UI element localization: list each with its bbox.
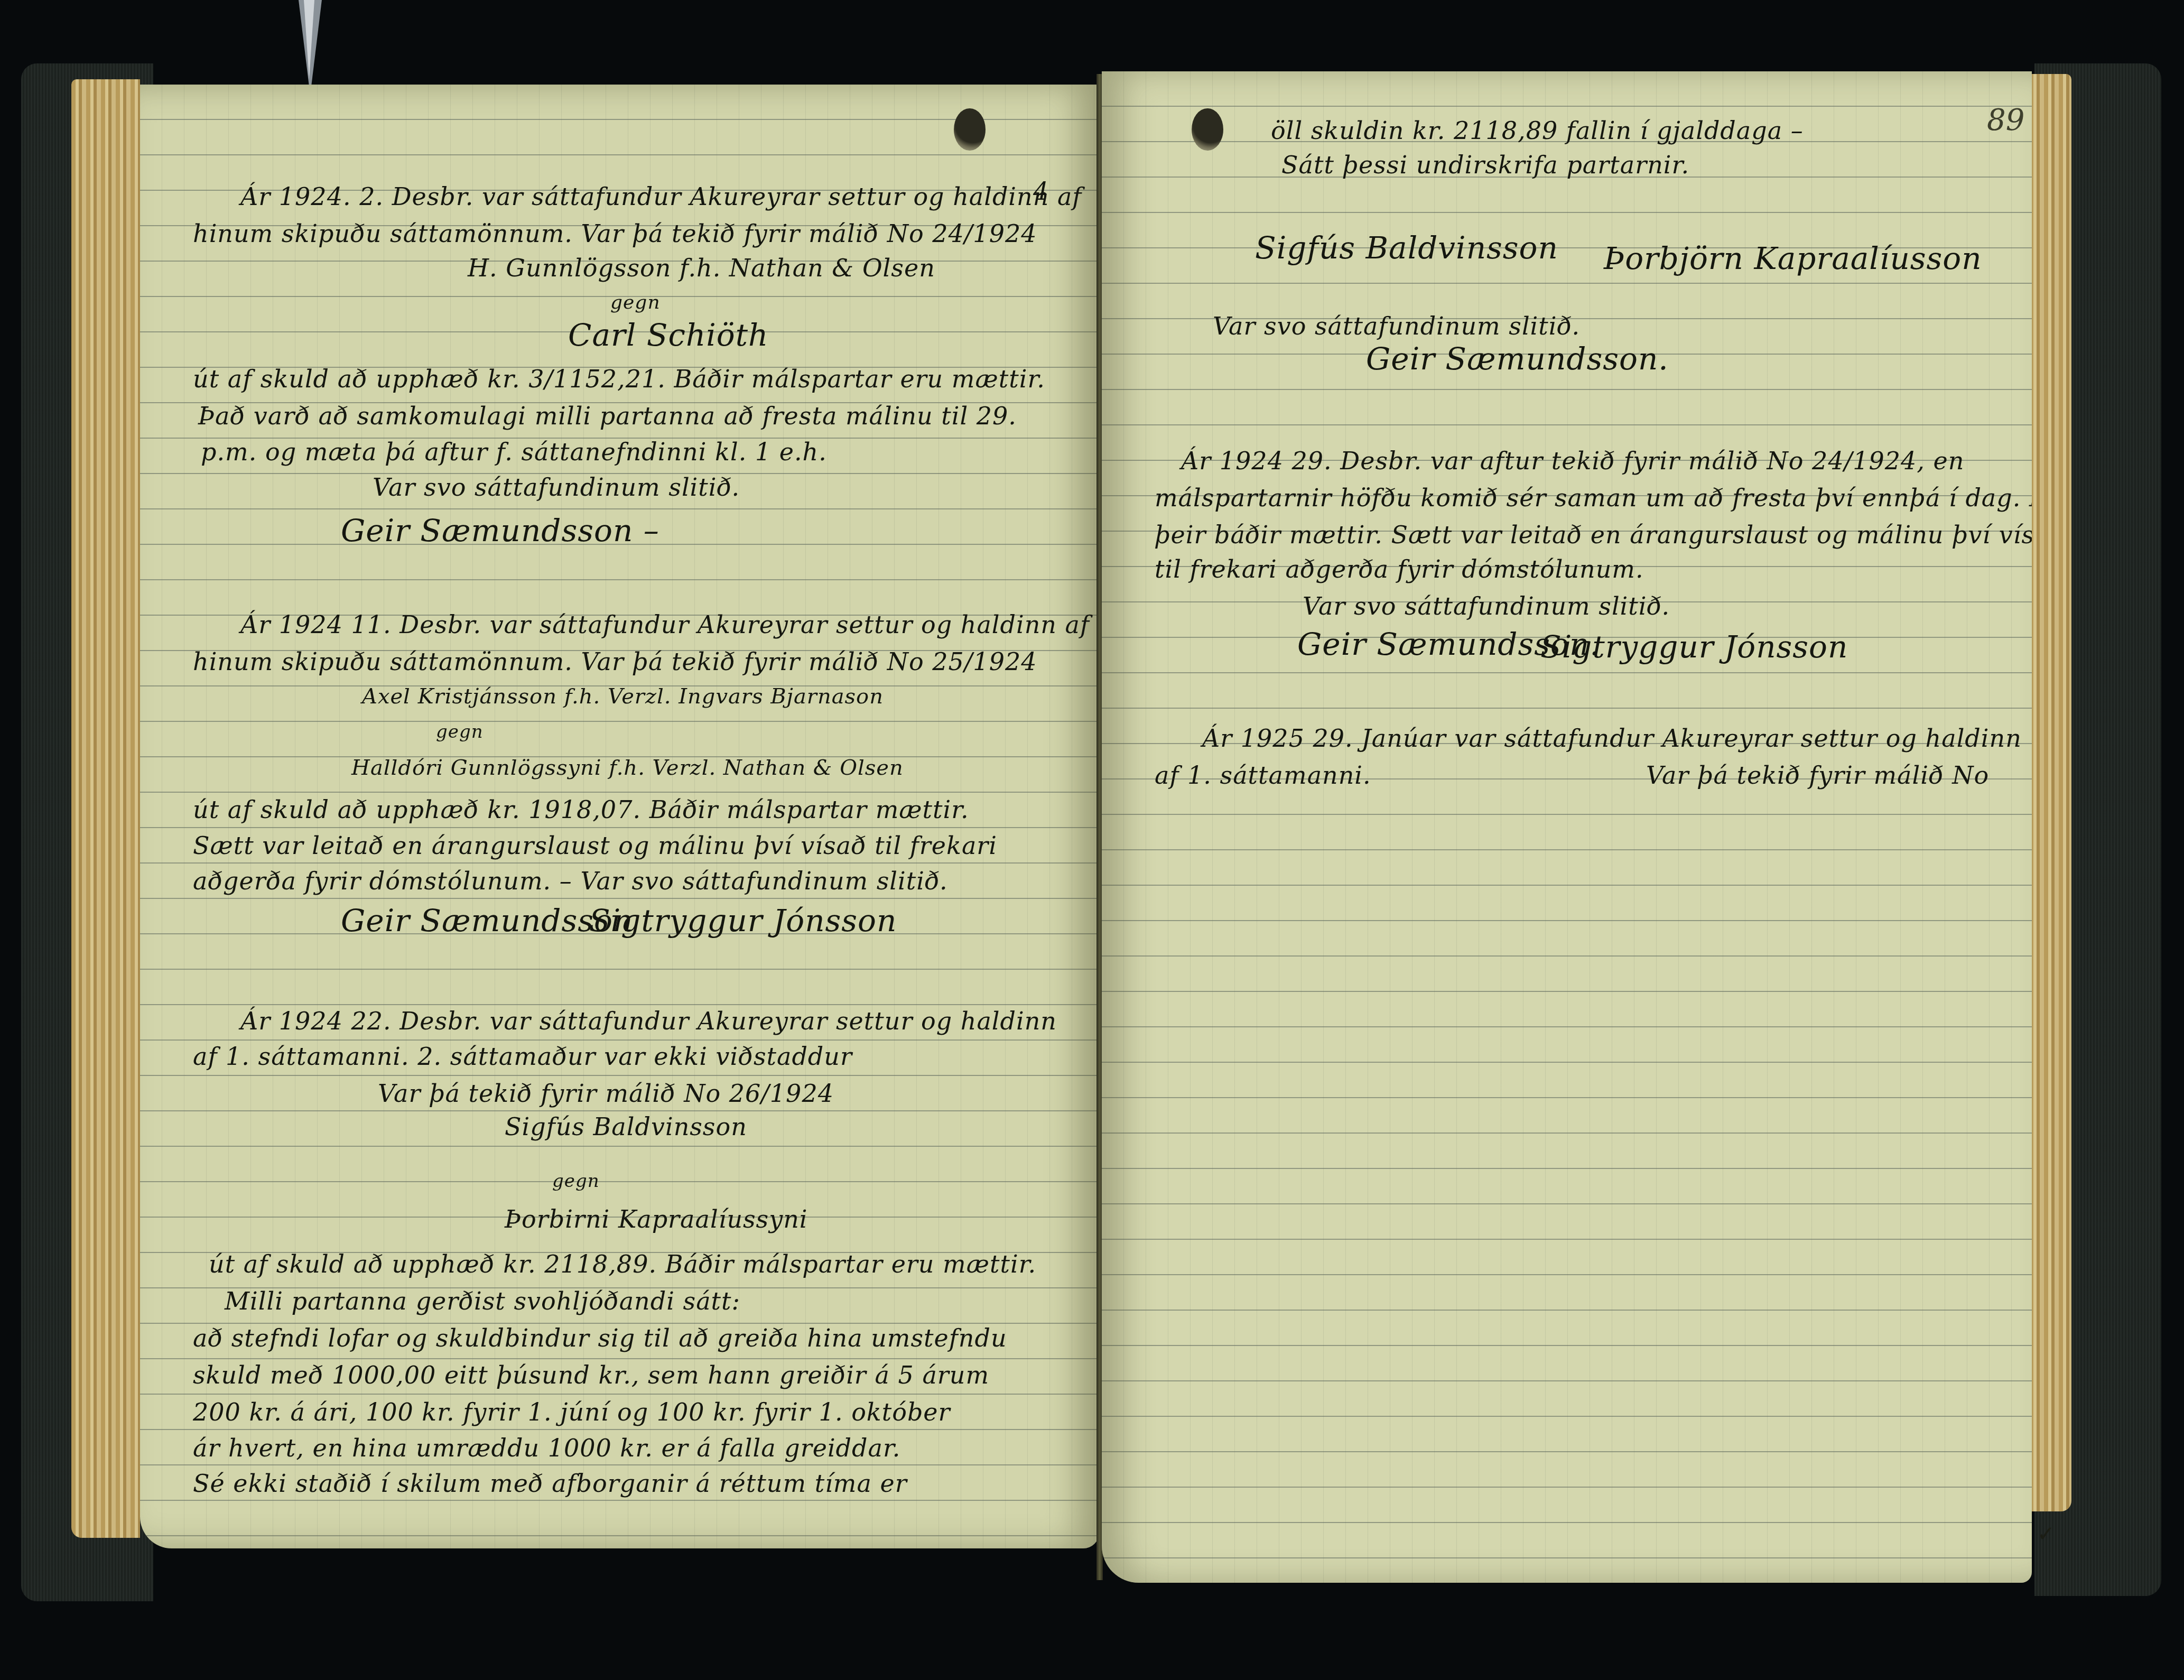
right-page: öll skuldin kr. 2118,89 fallin í gjaldda… xyxy=(1102,71,2032,1583)
entry-line: þeir báðir mættir. Sætt var leitað en ár… xyxy=(1155,521,2032,549)
entry-line: Ár 1924. 2. Desbr. var sáttafundur Akure… xyxy=(240,182,1082,211)
entry-line: Ár 1925 29. Janúar var sáttafundur Akure… xyxy=(1202,724,2022,753)
signature: Sigfús Baldvinsson xyxy=(1255,230,1558,266)
entry-line: hinum skipuðu sáttamönnum. Var þá tekið … xyxy=(193,219,1037,248)
entry-line: skuld með 1000,00 eitt þúsund kr., sem h… xyxy=(193,1361,989,1389)
entry-line: Ár 1924 22. Desbr. var sáttafundur Akure… xyxy=(240,1007,1057,1035)
page-holder-pointer-highlight xyxy=(304,0,314,79)
entry-line: Sátt þessi undirskrifa partarnir. xyxy=(1281,151,1689,179)
gegn-label: gegn xyxy=(552,1171,600,1192)
entry-line: p.m. og mæta þá aftur f. sáttanefndinni … xyxy=(201,438,827,466)
gegn-label: gegn xyxy=(610,292,661,313)
party-name: H. Gunnlögsson f.h. Nathan & Olsen xyxy=(468,254,935,282)
entry-line: Sé ekki staðið í skilum með afborganir á… xyxy=(193,1469,907,1498)
closing-line: Var svo sáttafundinum slitið. xyxy=(1303,592,1670,620)
signature: Geir Sæmundsson. xyxy=(1366,341,1669,377)
entry-line: til frekari aðgerða fyrir dómstólunum. xyxy=(1155,555,1644,583)
signature: Sigtryggur Jónsson xyxy=(589,903,897,939)
entry-line: Var þá tekið fyrir málið No xyxy=(1646,761,1989,790)
entry-line: 200 kr. á ári, 100 kr. fyrir 1. júní og … xyxy=(193,1398,951,1426)
entry-line: út af skuld að upphæð kr. 1918,07. Báðir… xyxy=(193,795,969,824)
party-name: Halldóri Gunnlögssyni f.h. Verzl. Nathan… xyxy=(351,756,904,780)
page-edges-left xyxy=(71,79,140,1538)
entry-line: hinum skipuðu sáttamönnum. Var þá tekið … xyxy=(193,647,1037,676)
entry-line: af 1. sáttamanni. 2. sáttamaður var ekki… xyxy=(193,1042,852,1071)
party-name: Þorbirni Kapraalíussyni xyxy=(505,1205,808,1233)
entry-line: Sætt var leitað en árangurslaust og máli… xyxy=(193,831,997,860)
closing-line: Var svo sáttafundinum slitið. xyxy=(1213,312,1580,340)
checkmark-icon: ✓ xyxy=(2037,1522,2055,1546)
signature: Sigtryggur Jónsson xyxy=(1540,629,1848,665)
margin-mark: 4 xyxy=(1033,177,1049,206)
page-number: 89 xyxy=(1987,103,2024,137)
binder-hole-icon xyxy=(1192,108,1223,151)
signature: Þorbjörn Kapraalíusson xyxy=(1604,240,1982,276)
entry-line: að stefndi lofar og skuldbindur sig til … xyxy=(193,1324,1007,1352)
entry-line: út af skuld að upphæð kr. 3/1152,21. Báð… xyxy=(193,365,1045,393)
closing-line: Var svo sáttafundinum slitið. xyxy=(373,473,740,502)
entry-line: Það varð að samkomulagi milli partanna a… xyxy=(198,402,1017,430)
entry-line: öll skuldin kr. 2118,89 fallin í gjaldda… xyxy=(1271,116,1804,145)
left-page: Ár 1924. 2. Desbr. var sáttafundur Akure… xyxy=(140,85,1099,1548)
entry-line: Ár 1924 11. Desbr. var sáttafundur Akure… xyxy=(240,610,1090,639)
party-name: Carl Schiöth xyxy=(568,317,768,353)
binder-hole-icon xyxy=(954,108,986,151)
party-name: Sigfús Baldvinsson xyxy=(505,1112,747,1141)
entry-line: út af skuld að upphæð kr. 2118,89. Báðir… xyxy=(209,1250,1036,1278)
entry-line: ár hvert, en hina umræddu 1000 kr. er á … xyxy=(193,1434,900,1462)
entry-line: aðgerða fyrir dómstólunum. – Var svo sát… xyxy=(193,867,948,895)
entry-line: Var þá tekið fyrir málið No 26/1924 xyxy=(378,1079,834,1108)
gegn-label: gegn xyxy=(436,721,484,742)
entry-line: Ár 1924 29. Desbr. var aftur tekið fyrir… xyxy=(1181,447,1964,475)
entry-line: af 1. sáttamanni. xyxy=(1155,761,1371,790)
page-edges-right xyxy=(2029,74,2071,1511)
party-name: Axel Kristjánsson f.h. Verzl. Ingvars Bj… xyxy=(362,684,884,709)
signature: Geir Sæmundsson – xyxy=(341,513,659,549)
entry-line: málspartarnir höfðu komið sér saman um a… xyxy=(1155,484,2032,512)
entry-line: Milli partanna gerðist svohljóðandi sátt… xyxy=(225,1287,740,1315)
